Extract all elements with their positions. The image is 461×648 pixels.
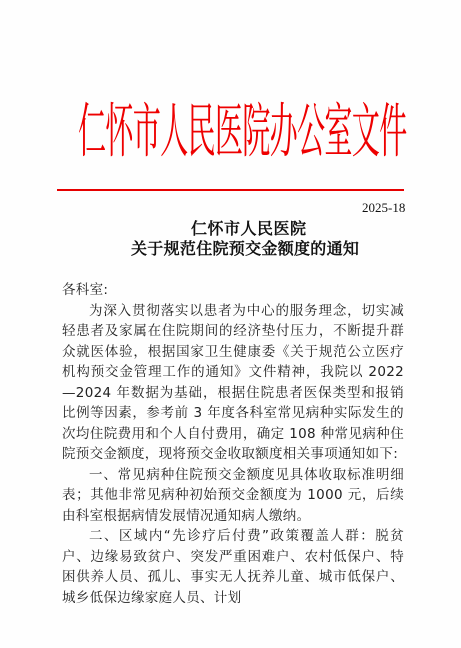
red-divider-line <box>57 189 404 191</box>
salutation: 各科室: <box>62 280 404 301</box>
paragraph-item-1: 一、常见病种住院预交金额度见具体收取标准明细表；其他非常见病种初始预交金额度为 … <box>62 465 404 527</box>
notice-title-line-2: 关于规范住院预交金额度的通知 <box>131 239 461 259</box>
office-document-header: 仁怀市人民医院办公室文件 <box>78 76 307 191</box>
notice-body: 各科室: 为深入贯彻落实以患者为中心的服务理念，切实减轻患者及家属在住院期间的经… <box>62 280 404 608</box>
paragraph-item-2: 二、区域内“先诊疗后付费”政策覆盖人群：脱贫户、边缘易致贫户、突发严重困难户、农… <box>62 526 404 608</box>
document-page: 仁怀市人民医院办公室文件 2025-18 仁怀市人民医院 关于规范住院预交金额度… <box>0 0 461 648</box>
paragraph-intro: 为深入贯彻落实以患者为中心的服务理念，切实减轻患者及家属在住院期间的经济垫付压力… <box>62 301 404 465</box>
document-number: 2025-18 <box>362 200 405 216</box>
notice-title-line-1: 仁怀市人民医院 <box>191 219 461 239</box>
